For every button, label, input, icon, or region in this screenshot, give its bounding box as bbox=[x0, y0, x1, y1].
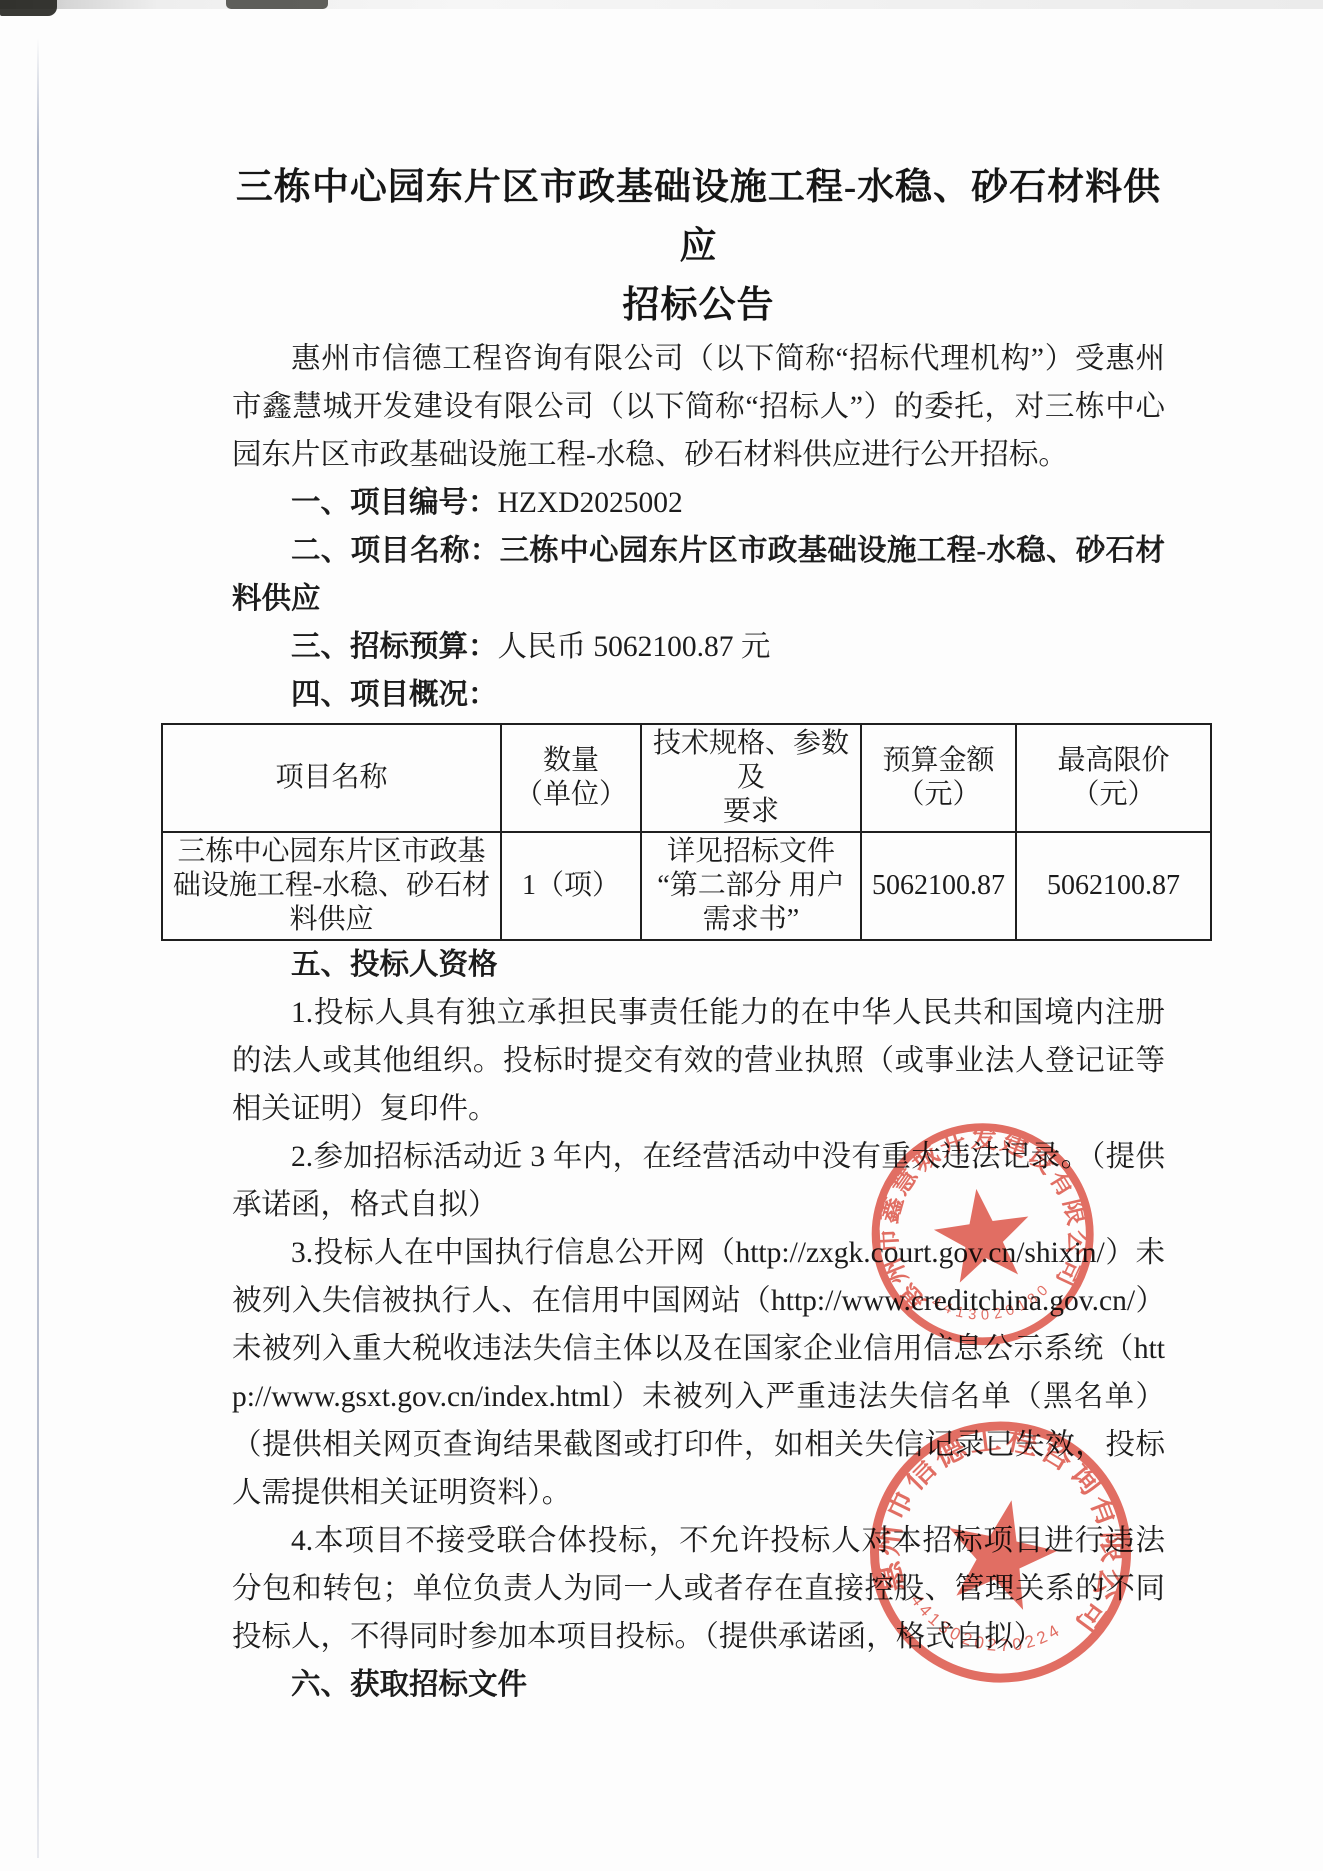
document-title-line2: 招标公告 bbox=[232, 276, 1165, 335]
section6-heading: 六、获取招标文件 bbox=[232, 1661, 1165, 1709]
col-header-project-name: 项目名称 bbox=[162, 724, 501, 832]
table-row: 三栋中心园东片区市政基础设施工程-水稳、砂石材料供应 1（项） 详见招标文件“第… bbox=[162, 832, 1211, 940]
document-title-line1: 三栋中心园东片区市政基础设施工程-水稳、砂石材料供应 bbox=[232, 158, 1165, 276]
item-overview: 四、项目概况： bbox=[232, 671, 1165, 719]
cell-tech-spec: 详见招标文件“第二部分 用户需求书” bbox=[641, 832, 861, 940]
cell-quantity: 1（项） bbox=[501, 832, 641, 940]
qualification-clause-4: 4.本项目不接受联合体投标，不允许投标人对本招标项目进行违法分包和转包；单位负责… bbox=[232, 1517, 1165, 1661]
document-body: 惠州市信德工程咨询有限公司（以下简称“招标代理机构”）受惠州市鑫慧城开发建设有限… bbox=[232, 335, 1165, 1709]
col-header-budget: 预算金额 （元） bbox=[861, 724, 1016, 832]
col-header-tech-spec: 技术规格、参数及 要求 bbox=[641, 724, 861, 832]
item-value: 人民币 5062100.87 元 bbox=[498, 631, 771, 663]
item-label: 二、项目名称： bbox=[291, 535, 500, 567]
item-project-name: 二、项目名称：三栋中心园东片区市政基础设施工程-水稳、砂石材料供应 bbox=[232, 527, 1165, 623]
scanned-tender-announcement-page: 三栋中心园东片区市政基础设施工程-水稳、砂石材料供应 招标公告 惠州市信德工程咨… bbox=[0, 0, 1323, 1871]
qualification-clause-2: 2.参加招标活动近 3 年内，在经营活动中没有重大违法记录。（提供承诺函，格式自… bbox=[232, 1133, 1165, 1229]
item-label: 一、项目编号： bbox=[291, 487, 498, 519]
document-title: 三栋中心园东片区市政基础设施工程-水稳、砂石材料供应 招标公告 bbox=[232, 158, 1165, 335]
qualification-clause-1: 1.投标人具有独立承担民事责任能力的在中华人民共和国境内注册的法人或其他组织。投… bbox=[232, 989, 1165, 1133]
item-project-number: 一、项目编号：HZXD2025002 bbox=[232, 479, 1165, 527]
cell-budget: 5062100.87 bbox=[861, 832, 1016, 940]
cell-project-name: 三栋中心园东片区市政基础设施工程-水稳、砂石材料供应 bbox=[162, 832, 501, 940]
qualification-clause-3: 3.投标人在中国执行信息公开网（http://zxgk.court.gov.cn… bbox=[232, 1229, 1165, 1517]
col-header-price-ceiling: 最高限价 （元） bbox=[1016, 724, 1211, 832]
section5-heading: 五、投标人资格 bbox=[232, 941, 1165, 989]
item-value: HZXD2025002 bbox=[498, 487, 683, 519]
project-overview-table: 项目名称 数量 （单位） 技术规格、参数及 要求 预算金额 （元） 最高限价 （… bbox=[161, 723, 1212, 941]
intro-paragraph: 惠州市信德工程咨询有限公司（以下简称“招标代理机构”）受惠州市鑫慧城开发建设有限… bbox=[232, 335, 1165, 479]
item-label: 四、项目概况： bbox=[291, 679, 498, 711]
cell-price-ceiling: 5062100.87 bbox=[1016, 832, 1211, 940]
item-budget: 三、招标预算：人民币 5062100.87 元 bbox=[232, 623, 1165, 671]
table-header-row: 项目名称 数量 （单位） 技术规格、参数及 要求 预算金额 （元） 最高限价 （… bbox=[162, 724, 1211, 832]
item-label: 三、招标预算： bbox=[291, 631, 498, 663]
document-content: 三栋中心园东片区市政基础设施工程-水稳、砂石材料供应 招标公告 惠州市信德工程咨… bbox=[0, 0, 1323, 1709]
col-header-quantity: 数量 （单位） bbox=[501, 724, 641, 832]
